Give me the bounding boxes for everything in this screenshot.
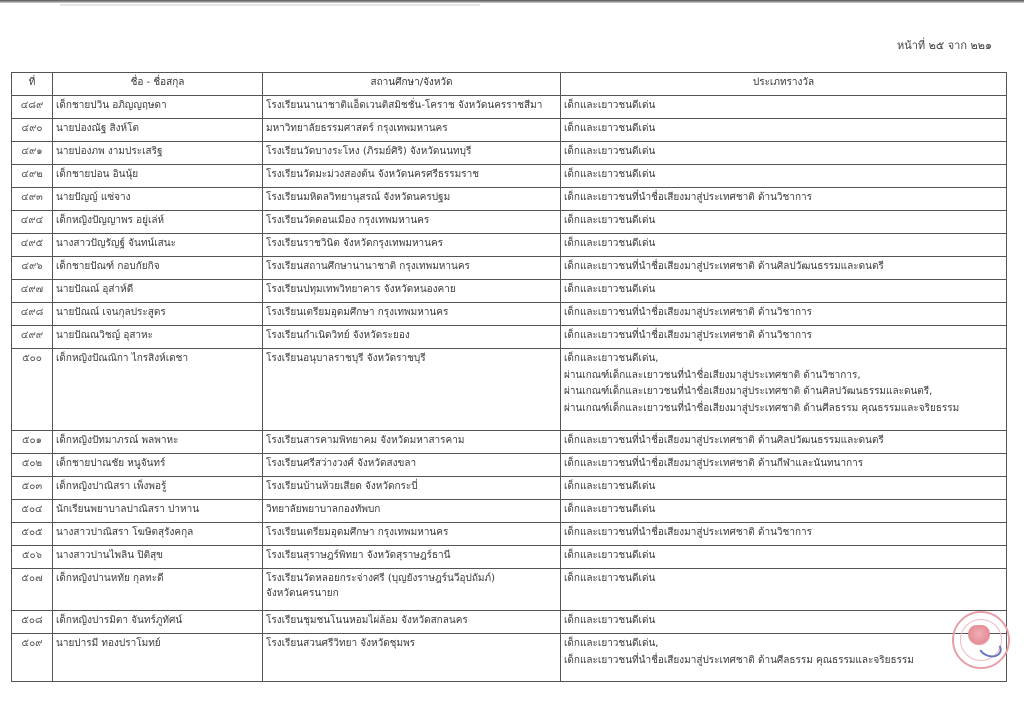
award-line: เด็กและเยาวชนดีเด่น (564, 613, 1003, 630)
cell-school: โรงเรียนสุราษฎร์พิทยา จังหวัดสุราษฎร์ธาน… (263, 546, 561, 569)
cell-award: เด็กและเยาวชนที่นำชื่อเสียงมาสู่ประเทศชา… (561, 188, 1007, 211)
award-line: เด็กและเยาวชนที่นำชื่อเสียงมาสู่ประเทศชา… (564, 653, 1003, 670)
cell-name: นางสาวปัญรัญฐ์ จันทน์เสนะ (53, 234, 263, 257)
cell-name: นายปองณัฐ สิงห์โต (53, 119, 263, 142)
cell-award: เด็กและเยาวชนดีเด่น (561, 211, 1007, 234)
cell-award: เด็กและเยาวชนดีเด่น (561, 165, 1007, 188)
school-line: โรงเรียนวัดหลอยกระจ่างศรี (บุญยังราษฎร์น… (266, 571, 557, 586)
award-line: เด็กและเยาวชนที่นำชื่อเสียงมาสู่ประเทศชา… (564, 259, 1003, 276)
cell-award: เด็กและเยาวชนดีเด่น (561, 96, 1007, 119)
header-award: ประเภทรางวัล (561, 73, 1007, 96)
cell-name: นายปัณณ์ อุส่าห์ดี (53, 280, 263, 303)
cell-award: เด็กและเยาวชนดีเด่น (561, 500, 1007, 523)
award-line: เด็กและเยาวชนดีเด่น (564, 548, 1003, 565)
cell-no: ๕๐๕ (12, 523, 53, 546)
award-line: เด็กและเยาวชนดีเด่น (564, 479, 1003, 496)
award-line: เด็กและเยาวชนที่นำชื่อเสียงมาสู่ประเทศชา… (564, 190, 1003, 207)
cell-award: เด็กและเยาวชนดีเด่น (561, 119, 1007, 142)
cell-school: โรงเรียนวัดบางระโหง (ภิรมย์ศิริ) จังหวัด… (263, 142, 561, 165)
cell-no: ๔๙๔ (12, 211, 53, 234)
school-line: โรงเรียนเตรียมอุดมศึกษา กรุงเทพมหานคร (266, 525, 557, 540)
award-line: ผ่านเกณฑ์เด็กและเยาวชนที่นำชื่อเสียงมาสู… (564, 384, 1003, 401)
school-line: โรงเรียนมหิดลวิทยานุสรณ์ จังหวัดนครปฐม (266, 190, 557, 205)
cell-award: เด็กและเยาวชนที่นำชื่อเสียงมาสู่ประเทศชา… (561, 454, 1007, 477)
cell-name: นางสาวปานไพลิน ปิติสุข (53, 546, 263, 569)
award-line: เด็กและเยาวชนดีเด่น (564, 236, 1003, 253)
cell-award: เด็กและเยาวชนดีเด่น (561, 280, 1007, 303)
school-line: โรงเรียนบ้านห้วยเสียด จังหวัดกระบี่ (266, 479, 557, 494)
table-row: ๔๙๘นายปัณณ์ เจนกุลประสูตรโรงเรียนเตรียมอ… (12, 303, 1007, 326)
school-line: โรงเรียนวัดมะม่วงสองต้น จังหวัดนครศรีธรร… (266, 167, 557, 182)
cell-award: เด็กและเยาวชนดีเด่น (561, 477, 1007, 500)
table-row: ๕๐๐เด็กหญิงปัณณิกา ไกรสิงห์เดชาโรงเรียนอ… (12, 349, 1007, 431)
cell-name: เด็กชายปาณชัย หนูจันทร์ (53, 454, 263, 477)
header-school: สถานศึกษา/จังหวัด (263, 73, 561, 96)
cell-award: เด็กและเยาวชนที่นำชื่อเสียงมาสู่ประเทศชา… (561, 326, 1007, 349)
cell-name: เด็กหญิงปานหทัย กุลทะดี (53, 569, 263, 611)
school-line: โรงเรียนราชวินิต จังหวัดกรุงเทพมหานคร (266, 236, 557, 251)
school-line: โรงเรียนนานาชาติแอ็ดเวนติสมิชชั่น-โคราช … (266, 98, 557, 113)
award-line: เด็กและเยาวชนที่นำชื่อเสียงมาสู่ประเทศชา… (564, 433, 1003, 450)
cell-school: โรงเรียนอนุบาลราชบุรี จังหวัดราชบุรี (263, 349, 561, 431)
cell-school: โรงเรียนมหิดลวิทยานุสรณ์ จังหวัดนครปฐม (263, 188, 561, 211)
award-line: เด็กและเยาวชนที่นำชื่อเสียงมาสู่ประเทศชา… (564, 305, 1003, 322)
cell-no: ๔๙๕ (12, 234, 53, 257)
cell-school: โรงเรียนนานาชาติแอ็ดเวนติสมิชชั่น-โคราช … (263, 96, 561, 119)
cell-school: โรงเรียนวัดมะม่วงสองต้น จังหวัดนครศรีธรร… (263, 165, 561, 188)
award-line: ผ่านเกณฑ์เด็กและเยาวชนที่นำชื่อเสียงมาสู… (564, 368, 1003, 385)
cell-school: โรงเรียนวัดดอนเมือง กรุงเทพมหานคร (263, 211, 561, 234)
cell-no: ๕๐๗ (12, 569, 53, 611)
award-line: เด็กและเยาวชนที่นำชื่อเสียงมาสู่ประเทศชา… (564, 456, 1003, 473)
cell-name: นายปัณณ์ เจนกุลประสูตร (53, 303, 263, 326)
award-line: เด็กและเยาวชนดีเด่น (564, 167, 1003, 184)
cell-no: ๕๐๓ (12, 477, 53, 500)
cell-award: เด็กและเยาวชนดีเด่น (561, 234, 1007, 257)
cell-no: ๔๙๙ (12, 326, 53, 349)
cell-no: ๔๙๗ (12, 280, 53, 303)
table-row: ๕๐๑เด็กหญิงปัทมาภรณ์ พลพาหะโรงเรียนสารคา… (12, 431, 1007, 454)
table-row: ๔๘๙เด็กชายปวิน อภิญญฤษดาโรงเรียนนานาชาติ… (12, 96, 1007, 119)
cell-name: นางสาวปาณิสรา โฆษิตสุรังคกุล (53, 523, 263, 546)
cell-name: เด็กชายปอน อินนุ้ย (53, 165, 263, 188)
school-line: โรงเรียนสวนศรีวิทยา จังหวัดชุมพร (266, 636, 557, 651)
cell-school: โรงเรียนเตรียมอุดมศึกษา กรุงเทพมหานคร (263, 303, 561, 326)
table-row: ๕๐๓เด็กหญิงปาณิสรา เพ็งพอรู้โรงเรียนบ้าน… (12, 477, 1007, 500)
award-line: ผ่านเกณฑ์เด็กและเยาวชนที่นำชื่อเสียงมาสู… (564, 401, 1003, 418)
scan-artifact (60, 4, 480, 6)
cell-name: นายปัญญ์ แซ่จาง (53, 188, 263, 211)
cell-award: เด็กและเยาวชนที่นำชื่อเสียงมาสู่ประเทศชา… (561, 431, 1007, 454)
school-line: โรงเรียนเตรียมอุดมศึกษา กรุงเทพมหานคร (266, 305, 557, 320)
table-row: ๔๙๑นายปองภพ งามประเสริฐโรงเรียนวัดบางระโ… (12, 142, 1007, 165)
cell-no: ๔๙๖ (12, 257, 53, 280)
table-row: ๕๐๖นางสาวปานไพลิน ปิติสุขโรงเรียนสุราษฎร… (12, 546, 1007, 569)
school-line: โรงเรียนปทุมเทพวิทยาคาร จังหวัดหนองคาย (266, 282, 557, 297)
school-line: โรงเรียนอนุบาลราชบุรี จังหวัดราชบุรี (266, 351, 557, 366)
cell-school: โรงเรียนราชวินิต จังหวัดกรุงเทพมหานคร (263, 234, 561, 257)
cell-no: ๕๐๑ (12, 431, 53, 454)
cell-school: มหาวิทยาลัยธรรมศาสตร์ กรุงเทพมหานคร (263, 119, 561, 142)
cell-name: เด็กหญิงปัณณิกา ไกรสิงห์เดชา (53, 349, 263, 431)
cell-school: โรงเรียนศรีสว่างวงศ์ จังหวัดสงขลา (263, 454, 561, 477)
cell-name: นายปองภพ งามประเสริฐ (53, 142, 263, 165)
table-row: ๔๙๐นายปองณัฐ สิงห์โตมหาวิทยาลัยธรรมศาสตร… (12, 119, 1007, 142)
cell-award: เด็กและเยาวชนที่นำชื่อเสียงมาสู่ประเทศชา… (561, 523, 1007, 546)
school-line: โรงเรียนวัดบางระโหง (ภิรมย์ศิริ) จังหวัด… (266, 144, 557, 159)
table-row: ๔๙๒เด็กชายปอน อินนุ้ยโรงเรียนวัดมะม่วงสอ… (12, 165, 1007, 188)
garuda-seal-icon (952, 611, 1010, 669)
award-line: เด็กและเยาวชนดีเด่น (564, 571, 1003, 588)
school-line: มหาวิทยาลัยธรรมศาสตร์ กรุงเทพมหานคร (266, 121, 557, 136)
award-line: เด็กและเยาวชนดีเด่น (564, 98, 1003, 115)
table-row: ๔๙๕นางสาวปัญรัญฐ์ จันทน์เสนะโรงเรียนราชว… (12, 234, 1007, 257)
cell-award: เด็กและเยาวชนที่นำชื่อเสียงมาสู่ประเทศชา… (561, 303, 1007, 326)
page-top-edge (0, 0, 1024, 3)
cell-no: ๕๐๖ (12, 546, 53, 569)
school-line: โรงเรียนชุมชนโนนหอมไผ่ล้อม จังหวัดสกลนคร (266, 613, 557, 628)
cell-school: โรงเรียนสารคามพิทยาคม จังหวัดมหาสารคาม (263, 431, 561, 454)
table-row: ๕๐๕นางสาวปาณิสรา โฆษิตสุรังคกุลโรงเรียนเ… (12, 523, 1007, 546)
award-line: เด็กและเยาวชนดีเด่น, (564, 636, 1003, 653)
award-line: เด็กและเยาวชนดีเด่น (564, 144, 1003, 161)
cell-no: ๕๐๘ (12, 611, 53, 634)
school-line: วิทยาลัยพยาบาลกองทัพบก (266, 502, 557, 517)
cell-no: ๔๙๒ (12, 165, 53, 188)
cell-award: เด็กและเยาวชนดีเด่น (561, 142, 1007, 165)
cell-no: ๔๙๑ (12, 142, 53, 165)
cell-name: นายปารมี ทองปราโมทย์ (53, 634, 263, 682)
cell-school: โรงเรียนปทุมเทพวิทยาคาร จังหวัดหนองคาย (263, 280, 561, 303)
cell-name: เด็กชายปัณฑ์ กอบกัยกิจ (53, 257, 263, 280)
cell-no: ๔๙๓ (12, 188, 53, 211)
header-name: ชื่อ - ชื่อสกุล (53, 73, 263, 96)
table-row: ๕๐๙นายปารมี ทองปราโมทย์โรงเรียนสวนศรีวิท… (12, 634, 1007, 682)
award-line: เด็กและเยาวชนที่นำชื่อเสียงมาสู่ประเทศชา… (564, 525, 1003, 542)
table-row: ๕๐๗เด็กหญิงปานหทัย กุลทะดีโรงเรียนวัดหลอ… (12, 569, 1007, 611)
header-no: ที่ (12, 73, 53, 96)
cell-school: โรงเรียนเตรียมอุดมศึกษา กรุงเทพมหานคร (263, 523, 561, 546)
cell-no: ๕๐๒ (12, 454, 53, 477)
table-header-row: ที่ ชื่อ - ชื่อสกุล สถานศึกษา/จังหวัด ปร… (12, 73, 1007, 96)
cell-no: ๔๘๙ (12, 96, 53, 119)
cell-school: โรงเรียนชุมชนโนนหอมไผ่ล้อม จังหวัดสกลนคร (263, 611, 561, 634)
cell-award: เด็กและเยาวชนดีเด่น (561, 611, 1007, 634)
cell-name: เด็กหญิงปัทมาภรณ์ พลพาหะ (53, 431, 263, 454)
cell-name: นายปัณณวิชญ์ อุสาหะ (53, 326, 263, 349)
table-row: ๔๙๗นายปัณณ์ อุส่าห์ดีโรงเรียนปทุมเทพวิทย… (12, 280, 1007, 303)
cell-name: เด็กชายปวิน อภิญญฤษดา (53, 96, 263, 119)
cell-name: เด็กหญิงปาณิสรา เพ็งพอรู้ (53, 477, 263, 500)
school-line: โรงเรียนกำเนิดวิทย์ จังหวัดระยอง (266, 328, 557, 343)
award-line: เด็กและเยาวชนที่นำชื่อเสียงมาสู่ประเทศชา… (564, 328, 1003, 345)
table-row: ๕๐๔นักเรียนพยาบาลปาณิสรา ปาหานวิทยาลัยพย… (12, 500, 1007, 523)
school-line: โรงเรียนสุราษฎร์พิทยา จังหวัดสุราษฎร์ธาน… (266, 548, 557, 563)
cell-school: โรงเรียนบ้านห้วยเสียด จังหวัดกระบี่ (263, 477, 561, 500)
cell-award: เด็กและเยาวชนดีเด่น,ผ่านเกณฑ์เด็กและเยาว… (561, 349, 1007, 431)
table-row: ๕๐๘เด็กหญิงปารมิตา จันทร์ภูทัศน์โรงเรียน… (12, 611, 1007, 634)
table-body: ๔๘๙เด็กชายปวิน อภิญญฤษดาโรงเรียนนานาชาติ… (12, 96, 1007, 682)
school-line: โรงเรียนศรีสว่างวงศ์ จังหวัดสงขลา (266, 456, 557, 471)
cell-school: โรงเรียนวัดหลอยกระจ่างศรี (บุญยังราษฎร์น… (263, 569, 561, 611)
cell-name: เด็กหญิงปารมิตา จันทร์ภูทัศน์ (53, 611, 263, 634)
award-line: เด็กและเยาวชนดีเด่น (564, 213, 1003, 230)
table-row: ๔๙๔เด็กหญิงปัญญาพร อยู่เล่ห์โรงเรียนวัดด… (12, 211, 1007, 234)
cell-no: ๔๙๐ (12, 119, 53, 142)
cell-no: ๕๐๔ (12, 500, 53, 523)
cell-school: วิทยาลัยพยาบาลกองทัพบก (263, 500, 561, 523)
cell-award: เด็กและเยาวชนดีเด่น,เด็กและเยาวชนที่นำชื… (561, 634, 1007, 682)
cell-school: โรงเรียนสถานศึกษานานาชาติ กรุงเทพมหานคร (263, 257, 561, 280)
cell-award: เด็กและเยาวชนที่นำชื่อเสียงมาสู่ประเทศชา… (561, 257, 1007, 280)
cell-no: ๕๐๐ (12, 349, 53, 431)
awards-table: ที่ ชื่อ - ชื่อสกุล สถานศึกษา/จังหวัด ปร… (11, 72, 1007, 682)
table-row: ๕๐๒เด็กชายปาณชัย หนูจันทร์โรงเรียนศรีสว่… (12, 454, 1007, 477)
table-row: ๔๙๖เด็กชายปัณฑ์ กอบกัยกิจโรงเรียนสถานศึก… (12, 257, 1007, 280)
cell-name: เด็กหญิงปัญญาพร อยู่เล่ห์ (53, 211, 263, 234)
cell-school: โรงเรียนกำเนิดวิทย์ จังหวัดระยอง (263, 326, 561, 349)
award-line: เด็กและเยาวชนดีเด่น, (564, 351, 1003, 368)
cell-award: เด็กและเยาวชนดีเด่น (561, 569, 1007, 611)
school-line: โรงเรียนสารคามพิทยาคม จังหวัดมหาสารคาม (266, 433, 557, 448)
school-line: จังหวัดนครนายก (266, 586, 557, 601)
school-line: โรงเรียนวัดดอนเมือง กรุงเทพมหานคร (266, 213, 557, 228)
award-line: เด็กและเยาวชนดีเด่น (564, 121, 1003, 138)
award-line: เด็กและเยาวชนดีเด่น (564, 502, 1003, 519)
cell-school: โรงเรียนสวนศรีวิทยา จังหวัดชุมพร (263, 634, 561, 682)
cell-award: เด็กและเยาวชนดีเด่น (561, 546, 1007, 569)
cell-name: นักเรียนพยาบาลปาณิสรา ปาหาน (53, 500, 263, 523)
award-line: เด็กและเยาวชนดีเด่น (564, 282, 1003, 299)
cell-no: ๕๐๙ (12, 634, 53, 682)
table-row: ๔๙๙นายปัณณวิชญ์ อุสาหะโรงเรียนกำเนิดวิทย… (12, 326, 1007, 349)
table-row: ๔๙๓นายปัญญ์ แซ่จางโรงเรียนมหิดลวิทยานุสร… (12, 188, 1007, 211)
cell-no: ๔๙๘ (12, 303, 53, 326)
school-line: โรงเรียนสถานศึกษานานาชาติ กรุงเทพมหานคร (266, 259, 557, 274)
page-number: หน้าที่ ๒๕ จาก ๒๒๑ (897, 36, 992, 54)
